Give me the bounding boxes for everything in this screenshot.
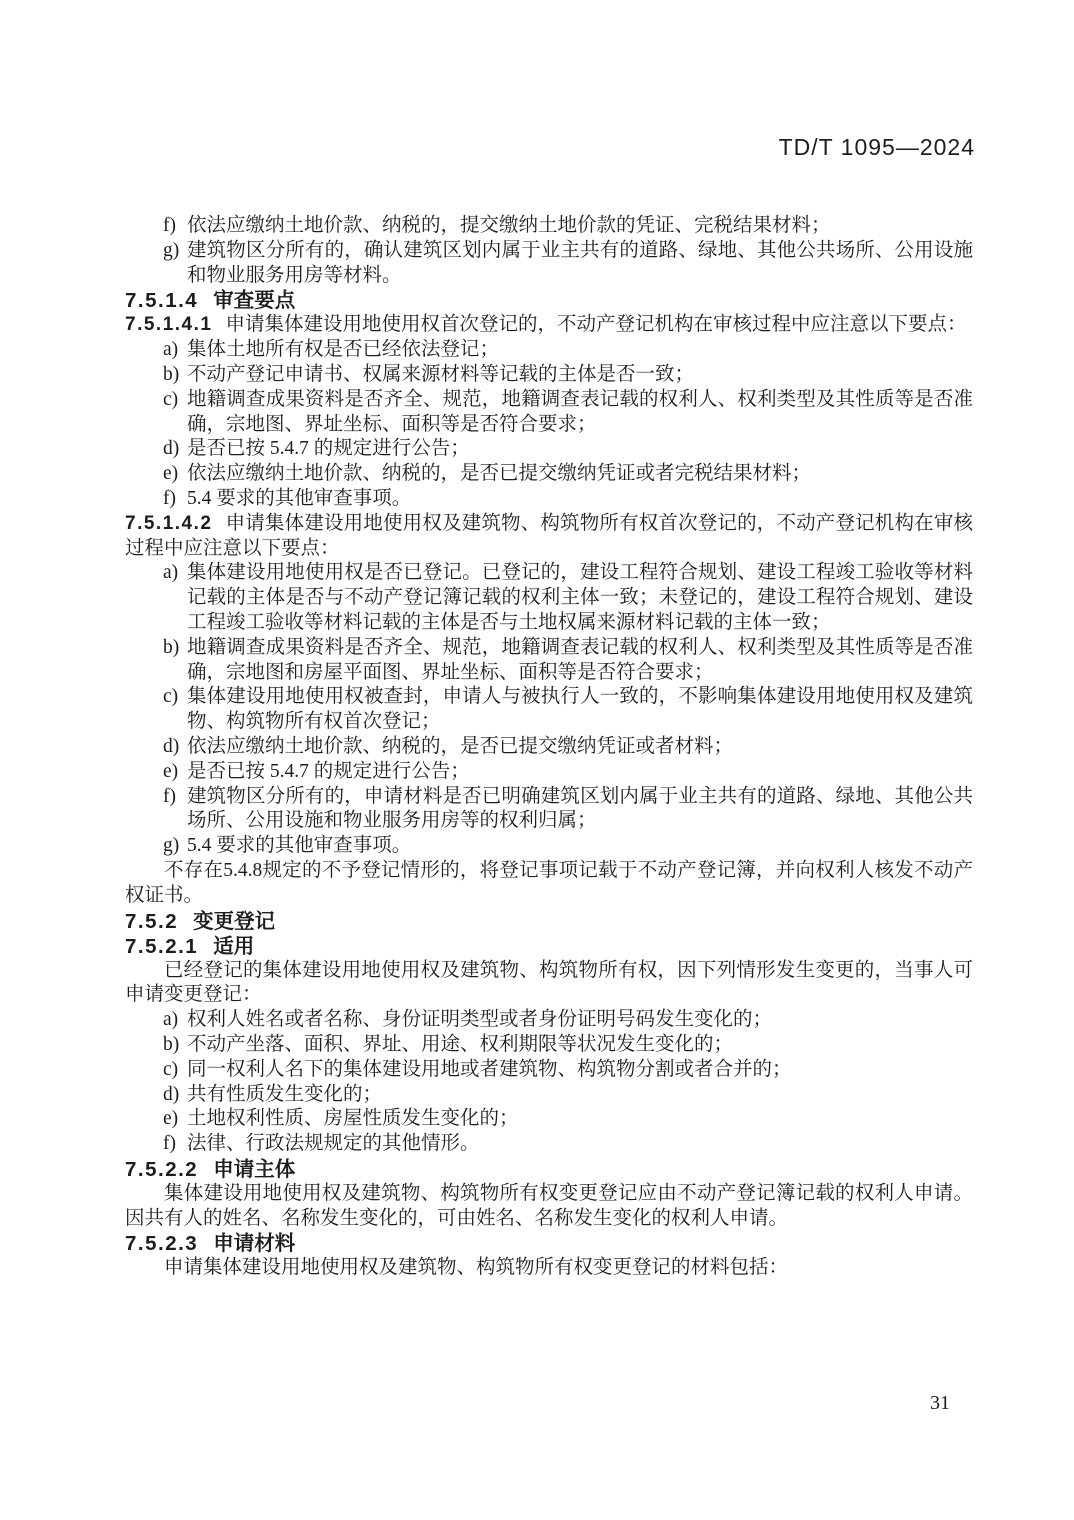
list-item-text: 不动产坐落、面积、界址、用途、权利期限等状况发生变化的； xyxy=(187,1034,733,1055)
list-item: f)5.4 要求的其他审查事项。 xyxy=(125,487,973,512)
list-item: c)同一权利人名下的集体建设用地或者建筑物、构筑物分割或者合并的； xyxy=(125,1058,973,1083)
heading-title: 适用 xyxy=(213,935,254,958)
list-item-text: 建筑物区分所有的，申请材料是否已明确建筑区划内属于业主共有的道路、绿地、其他公共… xyxy=(187,786,973,832)
list-item-label: d) xyxy=(163,437,179,462)
list-item-label: c) xyxy=(163,685,178,710)
list-item-text: 地籍调查成果资料是否齐全、规范，地籍调查表记载的权利人、权利类型及其性质等是否准… xyxy=(187,389,973,435)
heading-number: 7.5.2.2 xyxy=(125,1158,198,1181)
list-item: d)共有性质发生变化的； xyxy=(125,1083,973,1108)
heading-title: 申请主体 xyxy=(213,1158,295,1181)
list-item: a)集体土地所有权是否已经依法登记； xyxy=(125,338,973,363)
list-item: g)建筑物区分所有的，确认建筑区划内属于业主共有的道路、绿地、其他公共场所、公用… xyxy=(125,239,973,289)
list-item-text: 是否已按 5.4.7 的规定进行公告； xyxy=(187,761,470,782)
list-item-text: 不动产登记申请书、权属来源材料等记载的主体是否一致； xyxy=(187,364,694,385)
list-item-label: f) xyxy=(163,214,176,239)
list-item-label: f) xyxy=(163,1132,176,1157)
document-page: TD/T 1095—2024 f)依法应缴纳土地价款、纳税的，提交缴纳土地价款的… xyxy=(0,0,1074,1520)
list-item: a)集体建设用地使用权是否已登记。已登记的，建设工程符合规划、建设工程竣工验收等… xyxy=(125,561,973,635)
list-item-text: 5.4 要求的其他审查事项。 xyxy=(187,488,411,509)
list-item-label: b) xyxy=(163,1033,179,1058)
list-item-label: a) xyxy=(163,338,178,363)
heading-number: 7.5.2 xyxy=(125,910,178,933)
clause-paragraph: 7.5.1.4.2申请集体建设用地使用权及建筑物、构筑物所有权首次登记的，不动产… xyxy=(125,512,973,562)
list-item-label: a) xyxy=(163,1008,178,1033)
list-item: d)依法应缴纳土地价款、纳税的，是否已提交缴纳凭证或者材料； xyxy=(125,735,973,760)
list-item-text: 集体建设用地使用权被查封，申请人与被执行人一致的，不影响集体建设用地使用权及建筑… xyxy=(187,686,973,732)
list-item: f)法律、行政法规规定的其他情形。 xyxy=(125,1132,973,1157)
list-item: e)依法应缴纳土地价款、纳税的，是否已提交缴纳凭证或者完税结果材料； xyxy=(125,462,973,487)
list-item-label: c) xyxy=(163,388,178,413)
paragraph-text: 申请集体建设用地使用权及建筑物、构筑物所有权变更登记的材料包括： xyxy=(164,1257,788,1278)
list-item-text: 共有性质发生变化的； xyxy=(187,1084,382,1105)
list-item-text: 同一权利人名下的集体建设用地或者建筑物、构筑物分割或者合并的； xyxy=(187,1059,792,1080)
heading-title: 申请材料 xyxy=(213,1232,295,1255)
list-item: d)是否已按 5.4.7 的规定进行公告； xyxy=(125,437,973,462)
list-item-label: d) xyxy=(163,1083,179,1108)
paragraph-text: 已经登记的集体建设用地使用权及建筑物、构筑物所有权，因下列情形发生变更的，当事人… xyxy=(125,960,973,1006)
list-item-text: 5.4 要求的其他审查事项。 xyxy=(187,835,411,856)
heading-number: 7.5.2.3 xyxy=(125,1232,198,1255)
paragraph-text: 集体建设用地使用权及建筑物、构筑物所有权变更登记应由不动产登记簿记载的权利人申请… xyxy=(125,1183,973,1229)
heading-number: 7.5.2.1 xyxy=(125,935,198,958)
section-heading: 7.5.2.1适用 xyxy=(125,934,973,959)
clause-text: 申请集体建设用地使用权首次登记的，不动产登记机构在审核过程中应注意以下要点： xyxy=(225,314,966,335)
list-item-label: f) xyxy=(163,487,176,512)
standard-code-header: TD/T 1095—2024 xyxy=(779,134,975,161)
document-body: f)依法应缴纳土地价款、纳税的，提交缴纳土地价款的凭证、完税结果材料；g)建筑物… xyxy=(125,214,973,1281)
list-item: a)权利人姓名或者名称、身份证明类型或者身份证明号码发生变化的； xyxy=(125,1008,973,1033)
body-paragraph: 申请集体建设用地使用权及建筑物、构筑物所有权变更登记的材料包括： xyxy=(125,1256,973,1281)
page-number: 31 xyxy=(930,1392,950,1415)
heading-title: 审查要点 xyxy=(213,289,295,312)
heading-number: 7.5.1.4 xyxy=(125,289,198,312)
list-item-label: c) xyxy=(163,1058,178,1083)
list-item-text: 依法应缴纳土地价款、纳税的，是否已提交缴纳凭证或者材料； xyxy=(187,736,733,757)
clause-number: 7.5.1.4.2 xyxy=(125,513,212,534)
list-item-text: 法律、行政法规规定的其他情形。 xyxy=(187,1133,480,1154)
list-item: f)建筑物区分所有的，申请材料是否已明确建筑区划内属于业主共有的道路、绿地、其他… xyxy=(125,785,973,835)
list-item-text: 依法应缴纳土地价款、纳税的，提交缴纳土地价款的凭证、完税结果材料； xyxy=(187,215,831,236)
body-paragraph: 已经登记的集体建设用地使用权及建筑物、构筑物所有权，因下列情形发生变更的，当事人… xyxy=(125,959,973,1009)
list-item-text: 地籍调查成果资料是否齐全、规范，地籍调查表记载的权利人、权利类型及其性质等是否准… xyxy=(187,637,973,683)
list-item: b)地籍调查成果资料是否齐全、规范，地籍调查表记载的权利人、权利类型及其性质等是… xyxy=(125,636,973,686)
list-item-text: 依法应缴纳土地价款、纳税的，是否已提交缴纳凭证或者完税结果材料； xyxy=(187,463,811,484)
list-item-text: 土地权利性质、房屋性质发生变化的； xyxy=(187,1108,519,1129)
body-paragraph: 集体建设用地使用权及建筑物、构筑物所有权变更登记应由不动产登记簿记载的权利人申请… xyxy=(125,1182,973,1232)
list-item: g)5.4 要求的其他审查事项。 xyxy=(125,834,973,859)
section-heading: 7.5.2.2申请主体 xyxy=(125,1157,973,1182)
list-item-text: 建筑物区分所有的，确认建筑区划内属于业主共有的道路、绿地、其他公共场所、公用设施… xyxy=(187,240,973,286)
list-item: e)是否已按 5.4.7 的规定进行公告； xyxy=(125,760,973,785)
list-item-text: 集体土地所有权是否已经依法登记； xyxy=(187,339,499,360)
list-item-label: e) xyxy=(163,1107,178,1132)
section-heading: 7.5.2.3申请材料 xyxy=(125,1231,973,1256)
section-heading: 7.5.2变更登记 xyxy=(125,909,973,934)
list-item-label: g) xyxy=(163,239,179,264)
body-paragraph: 不存在5.4.8规定的不予登记情形的，将登记事项记载于不动产登记簿，并向权利人核… xyxy=(125,859,973,909)
list-item: b)不动产登记申请书、权属来源材料等记载的主体是否一致； xyxy=(125,363,973,388)
clause-paragraph: 7.5.1.4.1申请集体建设用地使用权首次登记的，不动产登记机构在审核过程中应… xyxy=(125,313,973,338)
list-item-label: e) xyxy=(163,462,178,487)
list-item: c)集体建设用地使用权被查封，申请人与被执行人一致的，不影响集体建设用地使用权及… xyxy=(125,685,973,735)
list-item-label: g) xyxy=(163,834,179,859)
list-item: e)土地权利性质、房屋性质发生变化的； xyxy=(125,1107,973,1132)
list-item-label: e) xyxy=(163,760,178,785)
clause-text: 申请集体建设用地使用权及建筑物、构筑物所有权首次登记的，不动产登记机构在审核过程… xyxy=(125,513,973,559)
section-heading: 7.5.1.4审查要点 xyxy=(125,288,973,313)
list-item: b)不动产坐落、面积、界址、用途、权利期限等状况发生变化的； xyxy=(125,1033,973,1058)
paragraph-text: 不存在5.4.8规定的不予登记情形的，将登记事项记载于不动产登记簿，并向权利人核… xyxy=(125,860,973,906)
list-item-label: b) xyxy=(163,636,179,661)
list-item-text: 集体建设用地使用权是否已登记。已登记的，建设工程符合规划、建设工程竣工验收等材料… xyxy=(187,562,973,633)
list-item-label: a) xyxy=(163,561,178,586)
list-item-label: f) xyxy=(163,785,176,810)
clause-number: 7.5.1.4.1 xyxy=(125,314,212,335)
list-item: f)依法应缴纳土地价款、纳税的，提交缴纳土地价款的凭证、完税结果材料； xyxy=(125,214,973,239)
list-item-label: d) xyxy=(163,735,179,760)
list-item: c)地籍调查成果资料是否齐全、规范，地籍调查表记载的权利人、权利类型及其性质等是… xyxy=(125,388,973,438)
list-item-text: 权利人姓名或者名称、身份证明类型或者身份证明号码发生变化的； xyxy=(187,1009,772,1030)
list-item-label: b) xyxy=(163,363,179,388)
heading-title: 变更登记 xyxy=(193,910,275,933)
list-item-text: 是否已按 5.4.7 的规定进行公告； xyxy=(187,438,470,459)
